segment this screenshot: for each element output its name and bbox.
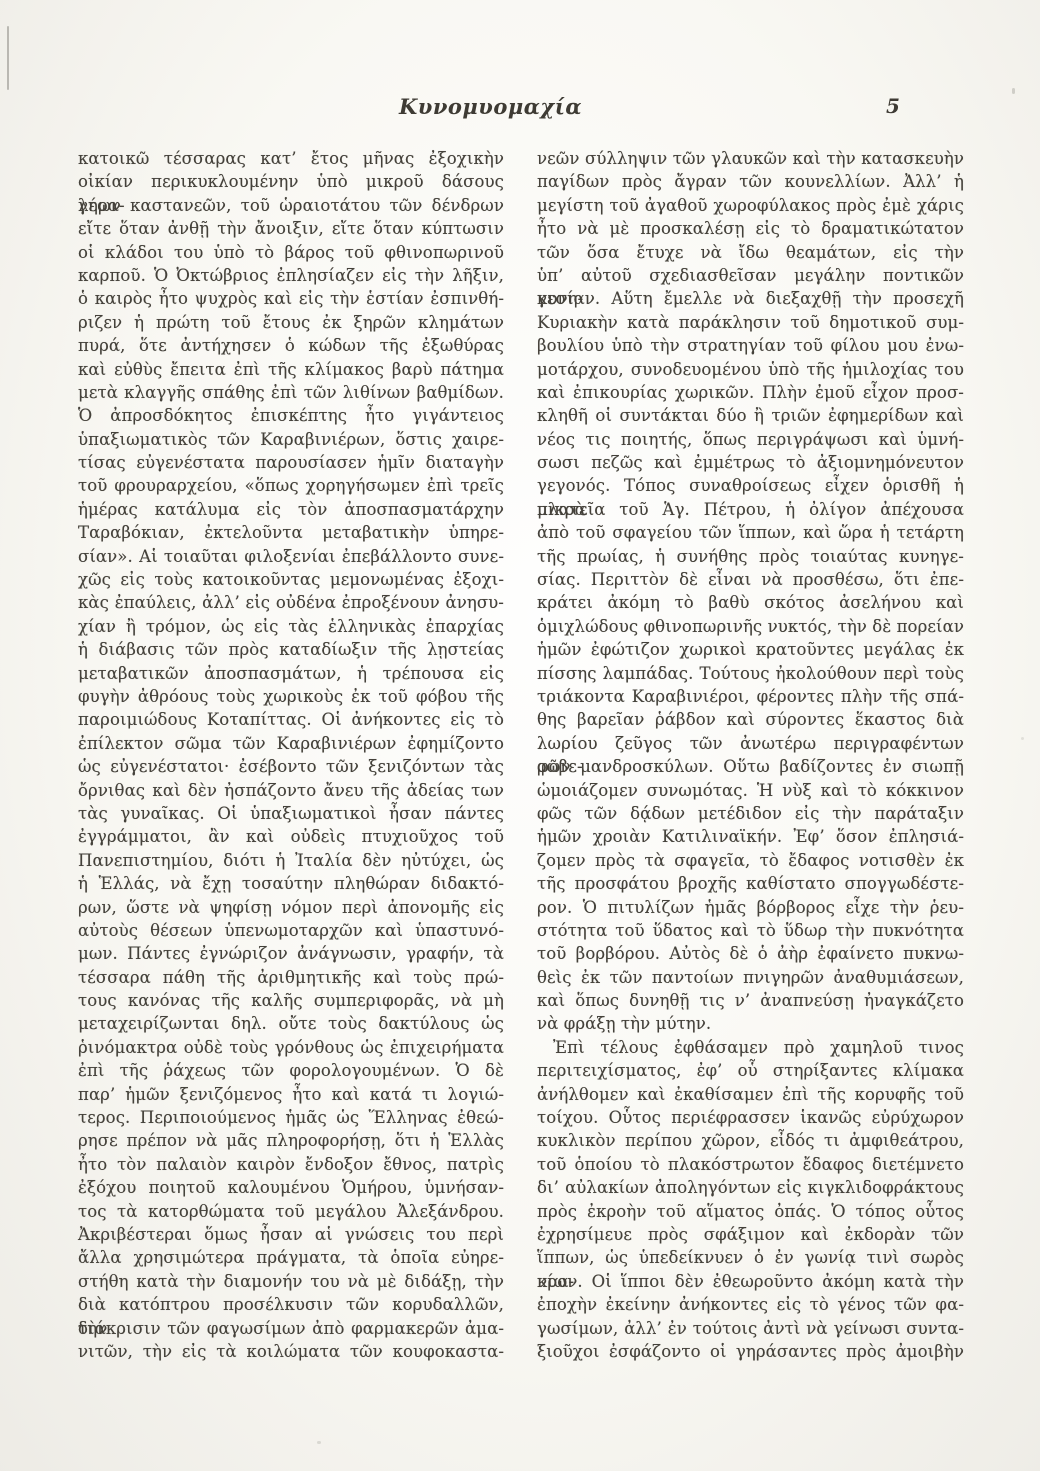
text-line: ρησε πρέπον νὰ μᾶς πληροφορήσῃ, ὅτι ἡ Ἑλ… bbox=[78, 1129, 504, 1152]
text-line: πίσσης λαμπάδας. Τούτους ἠκολούθουν περὶ… bbox=[537, 662, 964, 685]
text-line: τος τὰ κατορθώματα τοῦ μεγάλου Ἀλεξάνδρο… bbox=[78, 1200, 504, 1223]
text-line: ρῶν μανδροσκύλων. Οὕτω βαδίζοντες ἐν σιω… bbox=[537, 755, 964, 778]
text-line: θης βαρεῖαν ῥάβδον καὶ σύροντες ἕκαστος … bbox=[537, 708, 964, 731]
text-line: καὶ εὐθὺς ἔπειτα ἐπὶ τῆς κλίμακος βαρὺ π… bbox=[78, 358, 504, 381]
text-line: ἡ Ἑλλάς, νὰ ἔχῃ τοσαύτην πληθώραν διδακτ… bbox=[78, 872, 504, 895]
text-line: τέσσαρα πάθη τῆς ἀριθμητικῆς καὶ τοὺς πρ… bbox=[78, 966, 504, 989]
text-line: ἡ διάβασις τῶν πρὸς καταδίωξιν τῆς λῃστε… bbox=[78, 638, 504, 661]
text-line: πυρά, ὅτε ἀντήχησεν ὁ κώδων τῆς ἐξωθύρας bbox=[78, 334, 504, 357]
scan-artifact-speck bbox=[317, 1441, 321, 1444]
text-line: κὰς ἐπαύλεις, ἀλλ’ εἰς οὐδένα ἐπροξένουν… bbox=[78, 591, 504, 614]
text-line: ρων, ὥστε νὰ ψηφίσῃ νόμον περὶ ἀπονομῆς … bbox=[78, 896, 504, 919]
text-line: διάκρισιν τῶν φαγωσίμων ἀπὸ φαρμακερῶν ἀ… bbox=[78, 1317, 504, 1340]
text-line: Ἐπὶ τέλους ἐφθάσαμεν πρὸ χαμηλοῦ τινος bbox=[537, 1036, 964, 1059]
text-line: φῶς τῶν δᾴδων μετέδιδον εἰς τὴν παράταξι… bbox=[537, 802, 964, 825]
text-line: ἵππων, ὡς ὑπεδείκνυεν ὁ ἐν γωνίᾳ τινὶ σω… bbox=[537, 1246, 964, 1269]
text-line: βουλίου ὑπὸ τὴν στρατηγίαν τοῦ φίλου μου… bbox=[537, 334, 964, 357]
text-line: ῥινόμακτρα οὐδὲ τοὺς γρόνθους ὡς ἐπιχειρ… bbox=[78, 1036, 504, 1059]
text-line: ὁμιχλώδους φθινοπωρινῆς νυκτός, τὴν δὲ π… bbox=[537, 615, 964, 638]
text-line: ὑπαξιωματικὸς τῶν Καραβινιέρων, ὅστις χα… bbox=[78, 428, 504, 451]
text-line: καρποῦ. Ὁ Ὀκτώβριος ἐπλησίαζεν εἰς τὴν λ… bbox=[78, 264, 504, 287]
text-line: μων. Πάντες ἐγνώριζον ἀνάγνωσιν, γραφήν,… bbox=[78, 942, 504, 965]
text-line: φυγὴν ἀθρόους τοὺς χωρικοὺς ἐκ τοῦ φόβου… bbox=[78, 685, 504, 708]
text-line: ἡμῶν ἐφώτιζον χωρικοὶ κρατοῦντες μεγάλας… bbox=[537, 638, 964, 661]
text-line: παρ’ ἡμῶν ξενιζόμενος ἦτο καὶ κατά τι λο… bbox=[78, 1083, 504, 1106]
text-line: ζομεν πρὸς τὰ σφαγεῖα, τὸ ἔδαφος νοτισθὲ… bbox=[537, 849, 964, 872]
text-line: ἐξόχου ποιητοῦ καλουμένου Ὁμήρου, ὑμνήσα… bbox=[78, 1176, 504, 1199]
text-line: νιτῶν, τὴν εἰς τὰ κοιλώματα τῶν κουφοκασ… bbox=[78, 1340, 504, 1363]
text-line: τοῦ φρουραρχείου, «ὅπως χορηγήσωμεν ἐπὶ … bbox=[78, 474, 504, 497]
text-line: θεὶς ἐκ τῶν παντοίων πνιγηρῶν ἀναθυμιάσε… bbox=[537, 966, 964, 989]
page-number: 5 bbox=[886, 94, 900, 118]
text-line: περιτειχίσματος, ἐφ’ οὗ στηρίξαντες κλίμ… bbox=[537, 1059, 964, 1082]
text-line: ριζεν ἡ πρώτη τοῦ ἔτους ἐκ ξηρῶν κλημάτω… bbox=[78, 311, 504, 334]
text-line: Κυριακὴν κατὰ παράκλησιν τοῦ δημοτικοῦ σ… bbox=[537, 311, 964, 334]
text-line: ὄρνιθας καὶ δὲν ἠσπάζοντο ἄνευ τῆς ἀδεία… bbox=[78, 779, 504, 802]
text-line: τῶν ὅσα ἔτυχε νὰ ἴδω θεαμάτων, εἰς τὴν bbox=[537, 241, 964, 264]
text-line: μεταχειρίζωνται δηλ. οὔτε τοὺς δακτύλους… bbox=[78, 1012, 504, 1035]
text-line: νέος τις ποιητής, ὅπως περιγράψωσι καὶ ὑ… bbox=[537, 428, 964, 451]
text-line: σωσι πεζῶς καὶ ἐμμέτρως τὸ ἀξιομνημόνευτ… bbox=[537, 451, 964, 474]
scan-artifact-speck bbox=[1012, 88, 1015, 94]
text-line: παροιμιώδους Κοταπίττας. Οἱ ἀνήκοντες εἰ… bbox=[78, 708, 504, 731]
text-line: τῆς προσφάτου βροχῆς καθίστατο σπογγωδέσ… bbox=[537, 872, 964, 895]
text-line: τῆς πρωίας, ἡ συνήθης πρὸς τοιαύτας κυνη… bbox=[537, 545, 964, 568]
text-line: χῶς εἰς τοὺς κατοικοῦντας μεμονωμένας ἐξ… bbox=[78, 568, 504, 591]
text-line: λέων καστανεῶν, τοῦ ὡραιοτάτου τῶν δένδρ… bbox=[78, 194, 504, 217]
text-line: τὰς γυναῖκας. Οἱ ὑπαξιωματικοὶ ἦσαν πάντ… bbox=[78, 802, 504, 825]
text-line: ἀπὸ τοῦ σφαγείου τῶν ἵππων, καὶ ὥρα ἡ τε… bbox=[537, 521, 964, 544]
text-line: καὶ ἐπικουρίας χωρικῶν. Πλὴν ἐμοῦ εἶχον … bbox=[537, 381, 964, 404]
text-line: νεῶν σύλληψιν τῶν γλαυκῶν καὶ τὴν κατασκ… bbox=[537, 147, 964, 170]
text-line: γεσίαν. Αὕτη ἔμελλε νὰ διεξαχθῇ τὴν προσ… bbox=[537, 287, 964, 310]
text-line: ἡμέρας κατάλυμα εἰς τὸν ἀποσπασματάρχην bbox=[78, 498, 504, 521]
text-line: στήθη κατὰ τὴν διαμονήν του νὰ μὲ διδάξῃ… bbox=[78, 1270, 504, 1293]
text-line: διὰ κατόπτρου προσέλκυσιν τῶν κορυδαλλῶν… bbox=[78, 1293, 504, 1316]
text-column-left: κατοικῶ τέσσαρας κατ’ ἔτος μῆνας ἐξοχικὴ… bbox=[78, 147, 504, 1363]
text-line: ἐπίλεκτον σῶμα τῶν Καραβινιέρων ἐφημίζον… bbox=[78, 732, 504, 755]
text-line: ἦτο τὸν παλαιὸν καιρὸν ἔνδοξον ἔθνος, πα… bbox=[78, 1153, 504, 1176]
text-line: ἐχρησίμευε πρὸς σφάξιμον καὶ ἐκδορὰν τῶν bbox=[537, 1223, 964, 1246]
text-line: Ὁ ἀπροσδόκητος ἐπισκέπτης ἦτο γιγάντειος bbox=[78, 404, 504, 427]
text-line: Πανεπιστημίου, διότι ἡ Ἰταλία δὲν ηὐτύχε… bbox=[78, 849, 504, 872]
text-line: τοῦ ὁποίου τὸ πλακόστρωτον ἔδαφος διετέμ… bbox=[537, 1153, 964, 1176]
text-line: κληθῆ οἱ συντάκται δύο ἢ τριῶν ἐφημερίδω… bbox=[537, 404, 964, 427]
text-line: ὁ καιρὸς ἦτο ψυχρὸς καὶ εἰς τὴν ἑστίαν ἐ… bbox=[78, 287, 504, 310]
text-line: ξιοῦχοι ἐσφάζοντο οἱ γηράσαντες πρὸς ἀμο… bbox=[537, 1340, 964, 1363]
text-line: τίσας εὐγενέστατα παρουσίασεν ἡμῖν διατα… bbox=[78, 451, 504, 474]
text-line: πλατεῖα τοῦ Ἁγ. Πέτρου, ἡ ὀλίγον ἀπέχουσ… bbox=[537, 498, 964, 521]
text-line: τερος. Περιποιούμενος ἡμᾶς ὡς Ἕλληνας ἐθ… bbox=[78, 1106, 504, 1129]
text-line: μοτάρχου, συνοδευομένου ὑπὸ τῆς ἡμιλοχία… bbox=[537, 358, 964, 381]
text-line: λωρίου ζεῦγος τῶν ἀνωτέρω περιγραφέντων … bbox=[537, 732, 964, 755]
text-line: πρὸς ἐκροὴν τοῦ αἵματος ὀπάς. Ὁ τόπος οὗ… bbox=[537, 1200, 964, 1223]
text-line: ὡς εὐγενέστατοι· ἐσέβοντο τῶν ξενιζόντων… bbox=[78, 755, 504, 778]
text-line: ἐγγράμματοι, ἂν καὶ οὐδεὶς πτυχιοῦχος το… bbox=[78, 825, 504, 848]
text-line: ὡμοιάζομεν συνωμότας. Ἡ νὺξ καὶ τὸ κόκκι… bbox=[537, 779, 964, 802]
text-line: κατοικῶ τέσσαρας κατ’ ἔτος μῆνας ἐξοχικὴ… bbox=[78, 147, 504, 170]
text-line: δι’ αὐλακίων ἀποληγόντων εἰς κιγκλιδοφρά… bbox=[537, 1176, 964, 1199]
book-page: Κυνομυομαχία 5 κατοικῶ τέσσαρας κατ’ ἔτο… bbox=[0, 0, 1040, 1471]
text-line: τους κανόνας τῆς καλῆς συμπεριφορᾶς, νὰ … bbox=[78, 989, 504, 1012]
text-line: ἐποχὴν ἐκείνην ἀνήκοντες εἰς τὸ γένος τῶ… bbox=[537, 1293, 964, 1316]
text-column-right: νεῶν σύλληψιν τῶν γλαυκῶν καὶ τὴν κατασκ… bbox=[537, 147, 964, 1363]
scan-artifact-speck bbox=[1021, 737, 1024, 740]
scan-artifact-line bbox=[7, 26, 9, 90]
text-line: Ταραβόκιαν, ἐκτελοῦντα μεταβατικὴν ὑπηρε… bbox=[78, 521, 504, 544]
text-line: νὰ φράξῃ τὴν μύτην. bbox=[537, 1012, 964, 1035]
text-line: αὐτοὺς θέσεων ὑπενωμοταρχῶν καὶ ὑπαστυνό… bbox=[78, 919, 504, 942]
text-line: ἡμῶν χροιὰν Κατιλιναϊκήν. Ἐφ’ ὅσον ἐπλησ… bbox=[537, 825, 964, 848]
text-line: μεταβατικῶν ἀποσπασμάτων, ἡ τρέπουσα εἰς bbox=[78, 662, 504, 685]
text-line: οἱ κλάδοι του ὑπὸ τὸ βάρος τοῦ φθινοπωρι… bbox=[78, 241, 504, 264]
text-line: παγίδων πρὸς ἄγραν τῶν κουνελλίων. Ἀλλ’ … bbox=[537, 170, 964, 193]
text-line: τοίχου. Οὗτος περιέφρασσεν ἱκανῶς εὐρύχω… bbox=[537, 1106, 964, 1129]
text-line: μεγίστη τοῦ ἀγαθοῦ χωροφύλακος πρὸς ἐμὲ … bbox=[537, 194, 964, 217]
text-line: νίων. Οἱ ἵπποι δὲν ἐθεωροῦντο ἀκόμη κατὰ… bbox=[537, 1270, 964, 1293]
text-line: γωσίμων, ἀλλ’ ἐν τούτοις ἀντὶ νὰ γείνωσι… bbox=[537, 1317, 964, 1340]
running-title: Κυνομυομαχία bbox=[399, 94, 582, 119]
text-line: ἄλλα χρησιμώτερα πράγματα, τὰ ὁποῖα εὐηρ… bbox=[78, 1246, 504, 1269]
text-line: τοῦ βορβόρου. Αὐτὸς δὲ ὁ ἀὴρ ἐφαίνετο πυ… bbox=[537, 942, 964, 965]
text-line: γεγονός. Τόπος συναθροίσεως εἶχεν ὁρισθῆ… bbox=[537, 474, 964, 497]
text-line: καὶ ὅπως δυνηθῇ τις ν’ ἀναπνεύσῃ ἠναγκάζ… bbox=[537, 989, 964, 1012]
text-line: εἴτε ὅταν ἀνθῇ τὴν ἄνοιξιν, εἴτε ὅταν κύ… bbox=[78, 217, 504, 240]
text-line: χίαν ἢ τρόμον, ὡς εἰς τὰς ἑλληνικὰς ἐπαρ… bbox=[78, 615, 504, 638]
text-line: στότητα τοῦ ὕδατος καὶ τὸ ὕδωρ τὴν πυκνό… bbox=[537, 919, 964, 942]
text-line: τριάκοντα Καραβινιέροι, φέροντες πλὴν τῆ… bbox=[537, 685, 964, 708]
text-line: Ἀκριβέστεραι ὅμως ἦσαν αἱ γνώσεις του πε… bbox=[78, 1223, 504, 1246]
text-line: ρον. Ὁ πιτυλίζων ἡμᾶς βόρβορος εἶχε τὴν … bbox=[537, 896, 964, 919]
text-line: ὑπ’ αὐτοῦ σχεδιασθεῖσαν μεγάλην ποντικῶν… bbox=[537, 264, 964, 287]
text-line: ἀνήλθομεν καὶ ἐκαθίσαμεν ἐπὶ τῆς κορυφῆς… bbox=[537, 1083, 964, 1106]
text-line: σίαν». Αἱ τοιαῦται φιλοξενίαι ἐπεβάλλοντ… bbox=[78, 545, 504, 568]
text-line: ἦτο νὰ μὲ προσκαλέσῃ εἰς τὸ δραματικώτατ… bbox=[537, 217, 964, 240]
text-line: κυκλικὸν περίπου χῶρον, εἶδός τι ἀμφιθεά… bbox=[537, 1129, 964, 1152]
text-line: κράτει ἀκόμη τὸ βαθὺ σκότος ἀσελήνου καὶ bbox=[537, 591, 964, 614]
text-body: κατοικῶ τέσσαρας κατ’ ἔτος μῆνας ἐξοχικὴ… bbox=[78, 147, 964, 1363]
text-line: ἐπὶ τῆς ῥάχεως τῶν φορολογουμένων. Ὁ δὲ bbox=[78, 1059, 504, 1082]
text-line: οἰκίαν περικυκλουμένην ὑπὸ μικροῦ δάσους… bbox=[78, 170, 504, 193]
text-line: μετὰ κλαγγῆς σπάθης ἐπὶ τῶν λιθίνων βαθμ… bbox=[78, 381, 504, 404]
text-line: σίας. Περιττὸν δὲ εἶναι νὰ προσθέσω, ὅτι… bbox=[537, 568, 964, 591]
